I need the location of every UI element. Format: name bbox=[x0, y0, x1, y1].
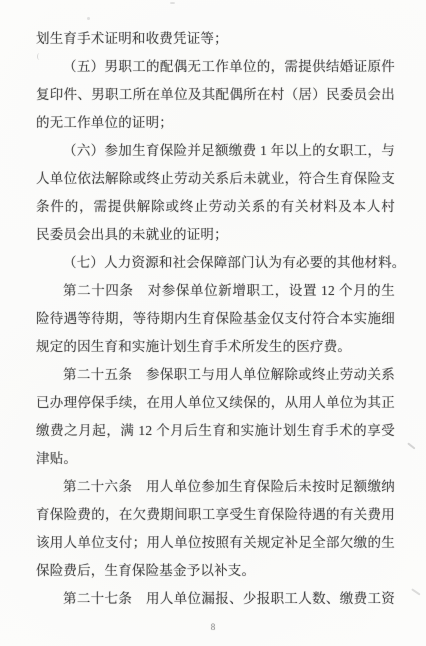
scan-speck bbox=[170, 2, 175, 4]
text-line: 的无工作单位的证明； bbox=[36, 109, 395, 137]
text-line: 划生育手术证明和收费凭证等； bbox=[36, 25, 395, 53]
text-line: 育保险费的，在欠费期间职工享受生育保险待遇的有关费用由 bbox=[36, 501, 395, 529]
text-line: 民委员会出具的未就业的证明； bbox=[36, 221, 395, 249]
text-line: （五）男职工的配偶无工作单位的，需提供结婚证原件及 bbox=[36, 53, 395, 81]
text-line: 保险费后，生育保险基金予以补支。 bbox=[36, 557, 395, 585]
page-number: 8 bbox=[0, 622, 426, 632]
document-page: 划生育手术证明和收费凭证等； （五）男职工的配偶无工作单位的，需提供结婚证原件及… bbox=[0, 0, 426, 646]
text-line: 第二十六条 用人单位参加生育保险后未按时足额缴纳生 bbox=[36, 473, 395, 501]
text-line: 复印件、男职工所在单位及其配偶所在村（居）民委员会出具 bbox=[36, 81, 395, 109]
text-line: 条件的，需提供解除或终止劳动关系的有关材料及本人村（居） bbox=[36, 193, 395, 221]
scan-speck bbox=[87, 17, 90, 20]
text-line: 津贴。 bbox=[36, 445, 395, 473]
text-line: （七）人力资源和社会保障部门认为有必要的其他材料。 bbox=[36, 249, 395, 277]
text-line: 已办理停保手续，在用人单位又续保的，从用人单位为其正常 bbox=[36, 389, 395, 417]
text-line: 第二十四条 对参保单位新增职工，设置 12 个月的生育保 bbox=[36, 277, 395, 305]
text-line: 缴费之月起，满 12 个月后生育和实施计划生育手术的享受生育 bbox=[36, 417, 395, 445]
document-text-block: 划生育手术证明和收费凭证等； （五）男职工的配偶无工作单位的，需提供结婚证原件及… bbox=[36, 25, 395, 613]
text-line: 人单位依法解除或终止劳动关系后未就业，符合生育保险支付 bbox=[36, 165, 395, 193]
scan-pencil-mark bbox=[407, 442, 415, 449]
text-line: 规定的因生育和实施计划生育手术所发生的医疗费。 bbox=[36, 333, 395, 361]
text-line: 第二十五条 参保职工与用人单位解除或终止劳动关系且 bbox=[36, 361, 395, 389]
text-line: 该用人单位支付；用人单位按照有关规定补足全部欠缴的生育 bbox=[36, 529, 395, 557]
text-line: 险待遇等待期，等待期内生育保险基金仅支付符合本实施细则 bbox=[36, 305, 395, 333]
scan-pencil-mark bbox=[411, 588, 420, 595]
text-line: 第二十七条 用人单位漏报、少报职工人数、缴费工资总 bbox=[36, 585, 395, 613]
text-line: （六）参加生育保险并足额缴费 1 年以上的女职工，与用 bbox=[36, 137, 395, 165]
